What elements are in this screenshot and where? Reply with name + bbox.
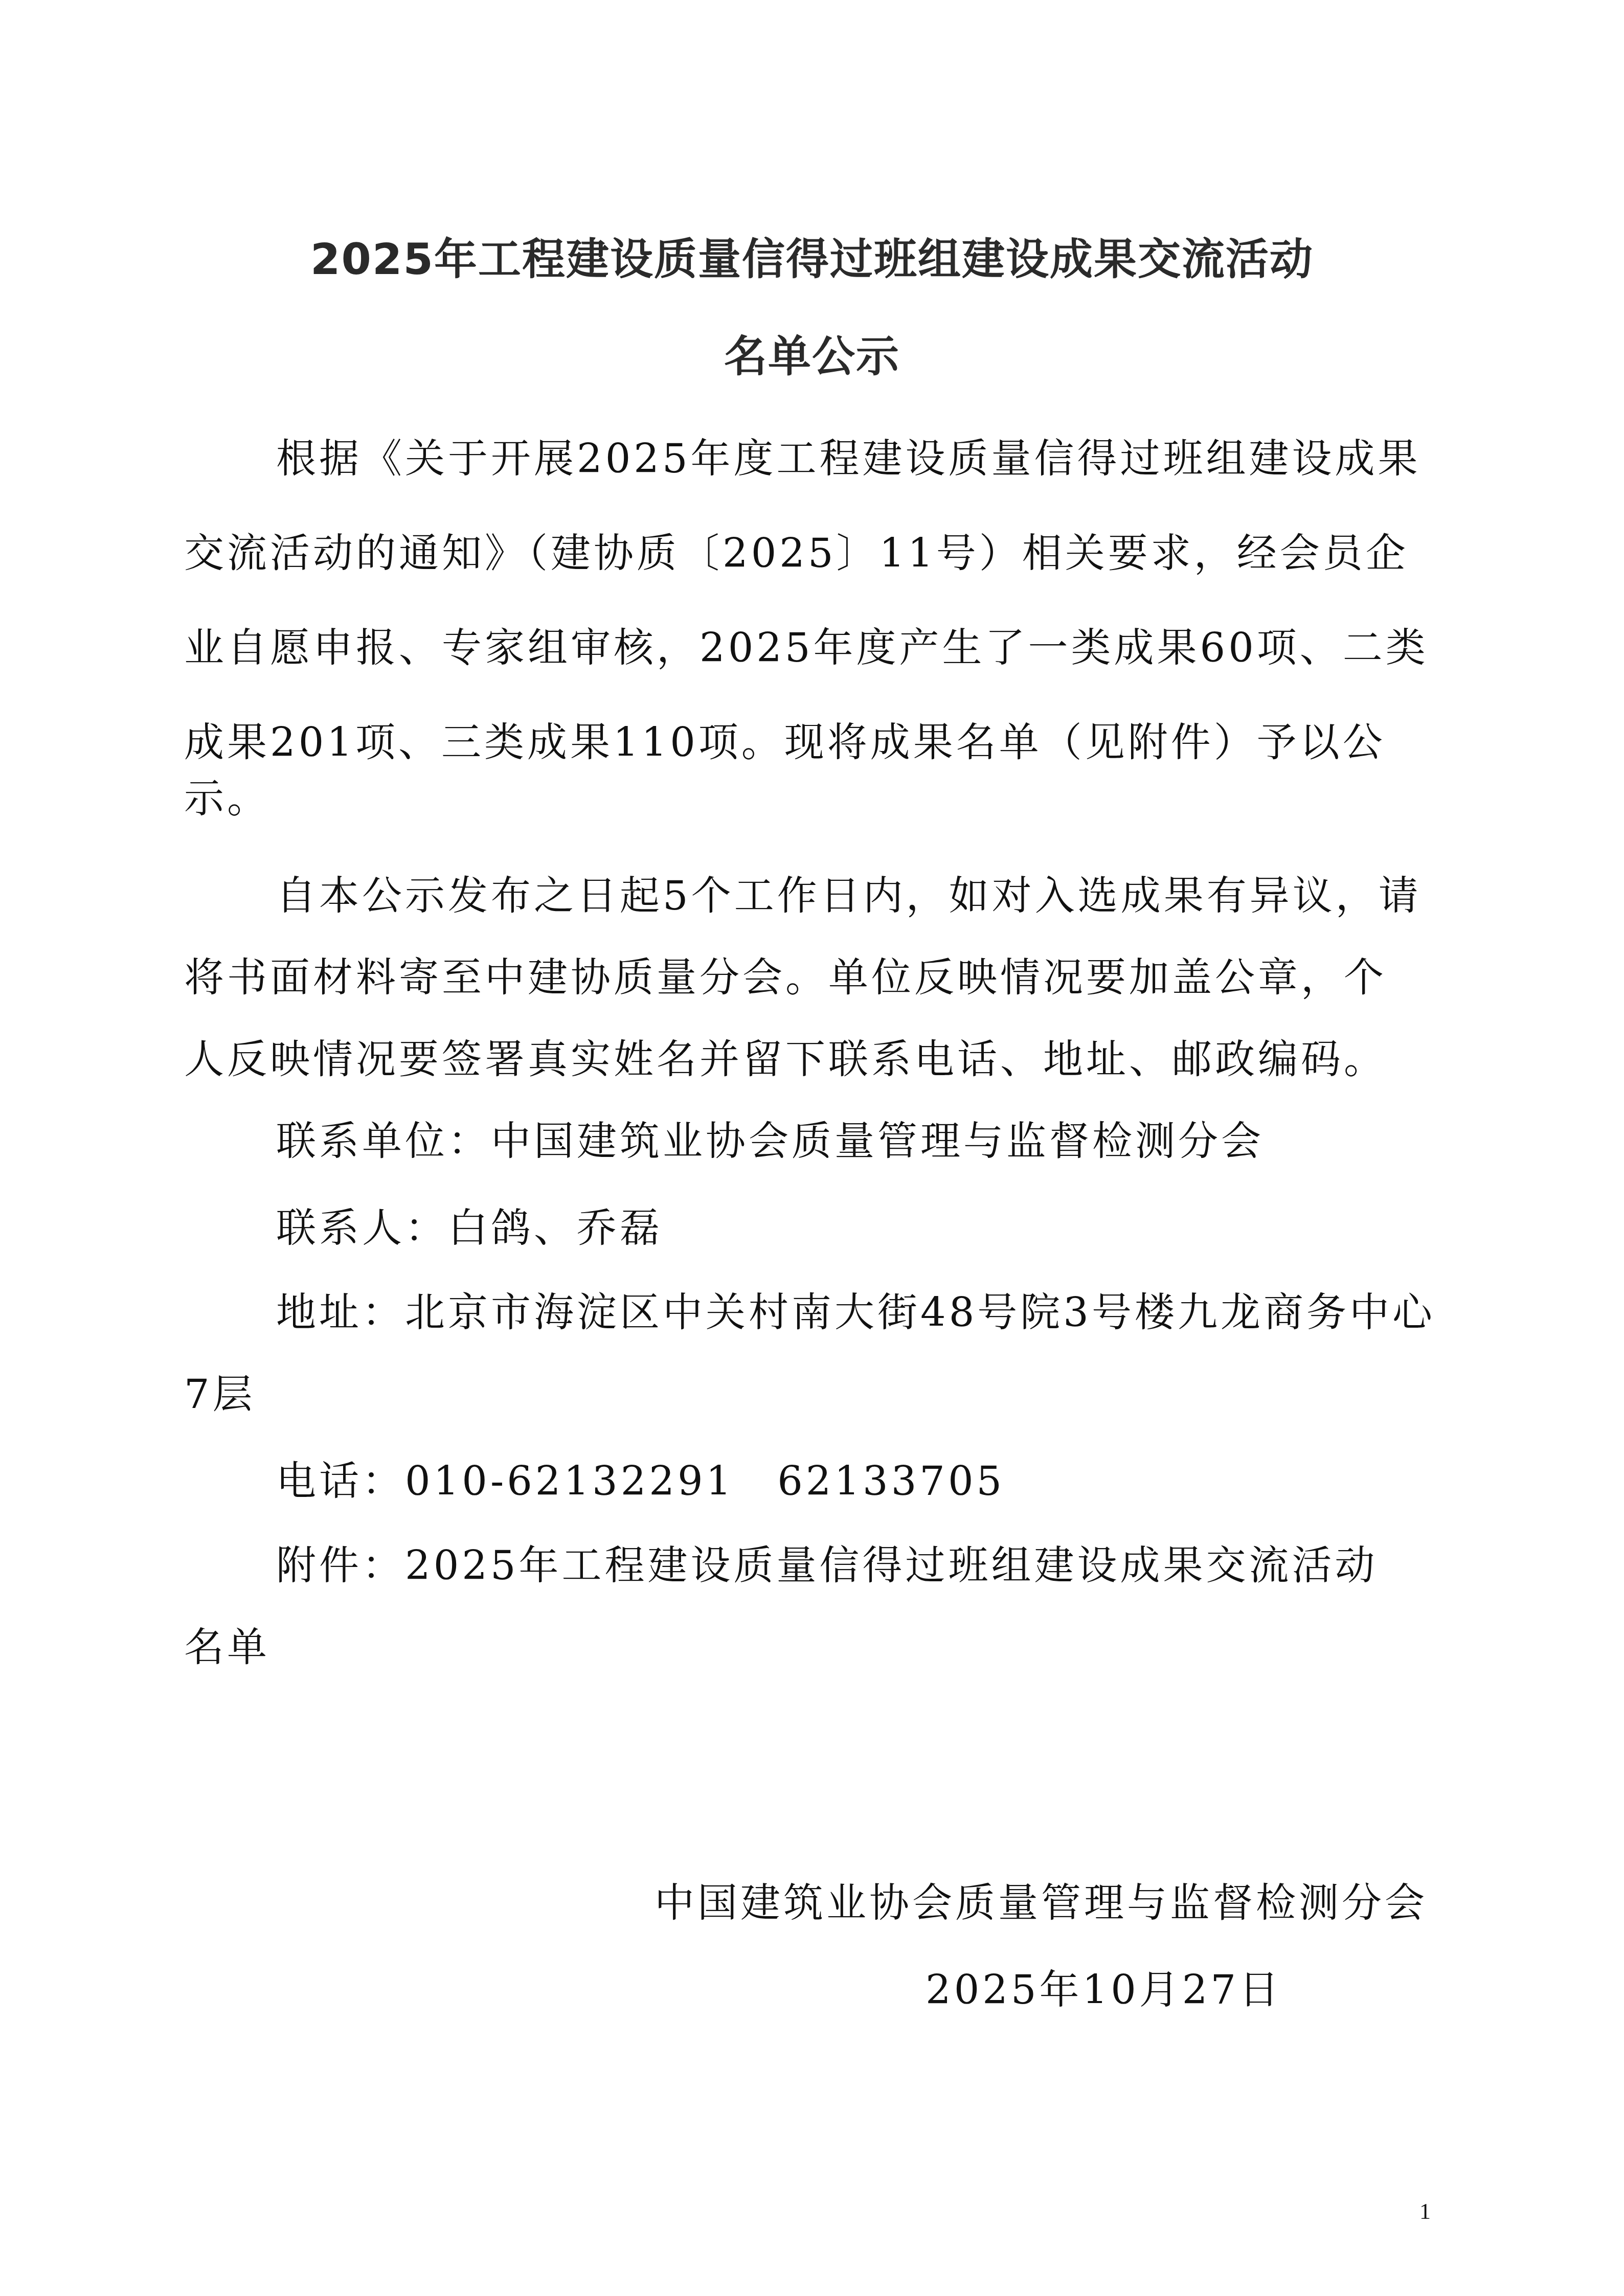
contact-persons: 联系人：白鸽、乔磊 <box>276 1196 663 1254</box>
contact-address-line2: 7层 <box>184 1362 256 1420</box>
paragraph1-line: 示。 <box>184 767 270 824</box>
paragraph1-line: 成果201项、三类成果110项。现将成果名单（见附件）予以公 <box>184 711 1386 768</box>
contact-unit: 联系单位：中国建筑业协会质量管理与监督检测分会 <box>276 1109 1264 1167</box>
contact-address-line1: 地址：北京市海淀区中关村南大街48号院3号楼九龙商务中心 <box>276 1281 1435 1338</box>
signature-organization: 中国建筑业协会质量管理与监督检测分会 <box>655 1871 1428 1928</box>
paragraph1-line: 业自愿申报、专家组审核，2025年度产生了一类成果60项、二类 <box>184 616 1429 673</box>
attachment-line1: 附件：2025年工程建设质量信得过班组建设成果交流活动 <box>276 1534 1378 1591</box>
attachment-line2: 名单 <box>184 1616 270 1673</box>
paragraph2-line: 自本公示发布之日起5个工作日内，如对入选成果有异议，请 <box>276 864 1422 921</box>
document-page: 2025年工程建设质量信得过班组建设成果交流活动 名单公示 根据《关于开展202… <box>0 0 1624 2296</box>
document-title-line2: 名单公示 <box>0 322 1624 384</box>
paragraph2-line: 人反映情况要签署真实姓名并留下联系电话、地址、邮政编码。 <box>184 1028 1387 1085</box>
signature-date: 2025年10月27日 <box>926 1958 1282 2015</box>
paragraph1-line: 交流活动的通知》（建协质〔2025〕11号）相关要求，经会员企 <box>184 521 1409 579</box>
paragraph2-line: 将书面材料寄至中建协质量分会。单位反映情况要加盖公章，个 <box>184 946 1387 1003</box>
page-number: 1 <box>1419 2198 1431 2224</box>
contact-phone: 电话：010-62132291 62133705 <box>276 1449 1005 1507</box>
document-title-line1: 2025年工程建设质量信得过班组建设成果交流活动 <box>0 225 1624 287</box>
paragraph1-line: 根据《关于开展2025年度工程建设质量信得过班组建设成果 <box>276 427 1421 484</box>
